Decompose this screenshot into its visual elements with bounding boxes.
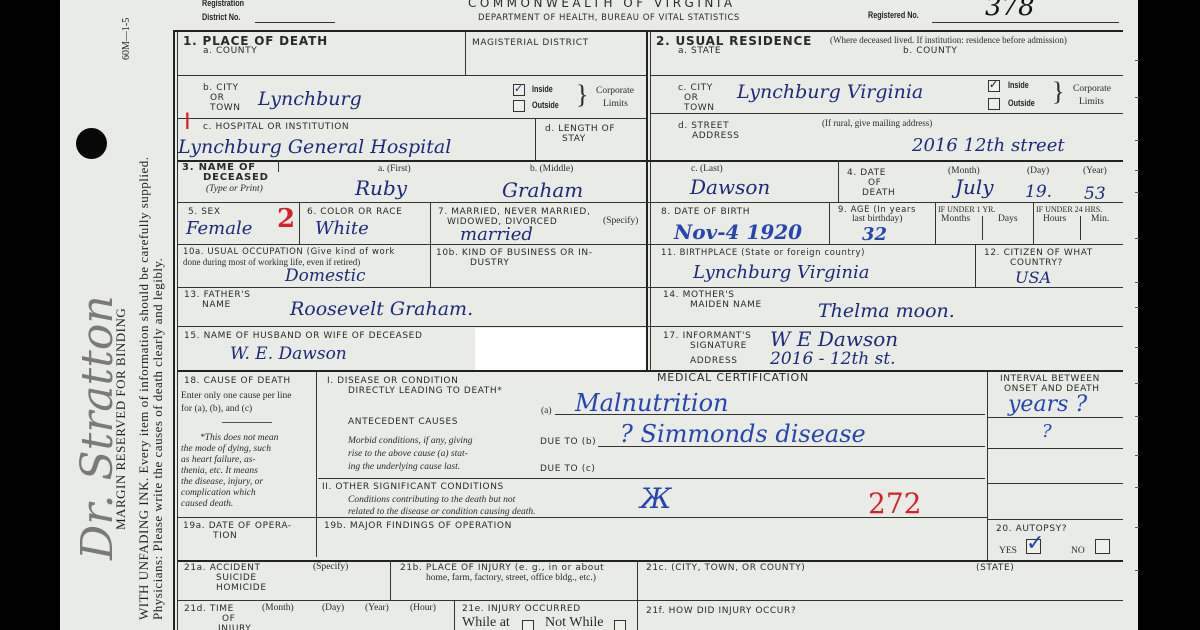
registered-no-label: Registered No.: [868, 10, 919, 20]
marital-status-value: married: [460, 226, 533, 244]
redacted-area: [475, 328, 646, 370]
informant-address-value: 2016 - 12th st.: [770, 351, 896, 368]
death-month-value: July: [955, 177, 994, 197]
death-day-value: 19.: [1025, 184, 1052, 201]
red-margin-mark: I: [184, 110, 191, 134]
street-address-value: 2016 12th street: [912, 137, 1065, 155]
magisterial-district-label: MAGISTERIAL DISTRICT: [472, 38, 589, 48]
informant-signature-value: W E Dawson: [770, 329, 898, 349]
form-title: COMMONWEALTH OF VIRGINIA: [468, 0, 736, 8]
interval-b-value: ?: [1042, 423, 1052, 441]
hospital-label: c. HOSPITAL OR INSTITUTION: [203, 122, 349, 132]
cause-a-value: Malnutrition: [575, 391, 729, 415]
residence-inside-checkbox[interactable]: ✓: [988, 80, 1000, 92]
race-value: White: [315, 220, 369, 238]
birthplace-value: Lynchburg Virginia: [693, 264, 869, 282]
residence-outside-checkbox[interactable]: [988, 98, 1000, 110]
form-code: 60M—1-5: [121, 18, 132, 60]
brace: }: [576, 82, 588, 108]
death-city-value: Lynchburg: [258, 90, 362, 109]
autopsy-no-checkbox[interactable]: [1095, 539, 1110, 554]
spouse-name-value: W. E. Dawson: [230, 346, 347, 363]
form-subtitle: DEPARTMENT OF HEALTH, BUREAU OF VITAL ST…: [478, 13, 740, 23]
not-while-at-work-checkbox[interactable]: [614, 620, 626, 630]
citizen-value: USA: [1015, 270, 1051, 286]
binding-hole: [76, 128, 107, 159]
death-inside-checkbox[interactable]: ✓: [513, 84, 525, 96]
hospital-value: Lynchburg General Hospital: [178, 138, 451, 157]
residence-city-value: Lynchburg Virginia: [737, 83, 923, 102]
district-label: District No.: [202, 12, 240, 22]
father-name-value: Roosevelt Graham.: [290, 300, 473, 319]
death-year-value: 53: [1084, 186, 1106, 203]
last-name-value: Dawson: [690, 177, 770, 197]
sex-code: 2: [277, 206, 295, 232]
cause-code: 272: [868, 490, 921, 518]
middle-name-value: Graham: [502, 180, 583, 200]
sex-value: Female: [186, 220, 252, 238]
interval-a-value: years ?: [1008, 394, 1087, 416]
margin-signature: Dr. Stratton: [72, 295, 123, 560]
cause-b-value: ? Simmonds disease: [620, 422, 866, 446]
occupation-value: Domestic: [285, 268, 366, 285]
registered-no-value: 378: [985, 0, 1035, 20]
margin-instruction-2: Physicians: Please write the causes of d…: [150, 258, 166, 620]
place-of-death-label: 1. PLACE OF DEATH: [183, 36, 328, 46]
medical-certification-heading: MEDICAL CERTIFICATION: [657, 373, 809, 383]
first-name-value: Ruby: [355, 178, 407, 198]
usual-residence-note: (Where deceased lived. If institution: r…: [830, 35, 1067, 45]
mother-name-value: Thelma moon.: [818, 302, 955, 321]
county-label: a. COUNTY: [203, 46, 257, 56]
autopsy-yes-checkbox[interactable]: ✓: [1026, 539, 1041, 554]
while-at-work-checkbox[interactable]: [522, 620, 534, 630]
death-outside-checkbox[interactable]: [513, 100, 525, 112]
usual-residence-label: 2. USUAL RESIDENCE: [656, 36, 812, 46]
registration-label: Registration: [202, 0, 244, 8]
other-conditions-mark: Ж: [640, 485, 671, 513]
age-value: 32: [862, 226, 887, 244]
birth-date-value: Nov-4 1920: [674, 222, 802, 242]
